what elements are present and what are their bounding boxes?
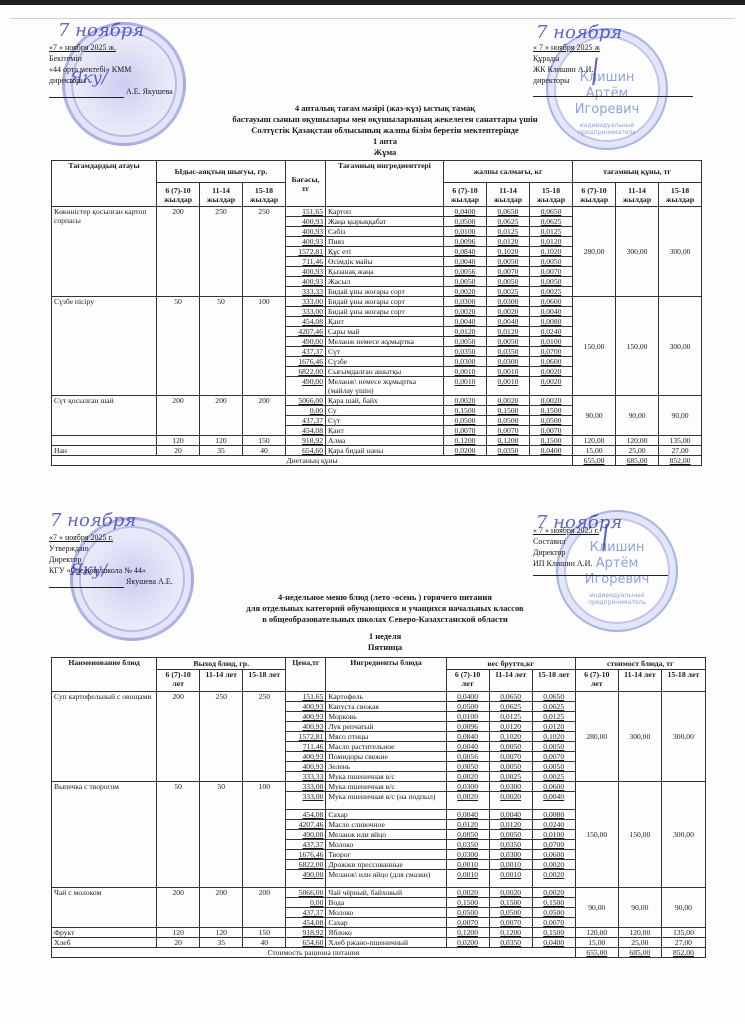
ingredient-name: Сүзбе [326,357,444,367]
total-cost: 655,00 [573,456,616,466]
gross-weight: 0,1200 [444,436,487,446]
total-cost: 685,00 [616,456,659,466]
dish-cost: 150,00 [616,297,659,396]
gross-weight: 0,1500 [530,406,573,416]
header-ingredients: Тағамның ингредиенттері [326,161,444,207]
ingredient-price: 333,00 [286,782,326,792]
approval-line: Бекітемін [49,53,199,64]
ingredient-price: 400,93 [286,752,326,762]
approval-line: Директор [533,547,703,558]
ingredient-name: Жасыл [326,277,444,287]
approval-signer: А.Е. Якушева [126,87,173,96]
gross-weight: 0,0020 [532,888,575,898]
gross-weight: 0,0120 [530,237,573,247]
document-title: 4 апталық тағам мәзірі (жаз-күз) ыстық т… [190,103,580,158]
dish-cost: 90,00 [618,888,661,928]
table-row: Выпечка с творогом5050100333,00Мука пшен… [52,782,706,792]
gross-weight: 0,0050 [532,742,575,752]
gross-weight: 0,0050 [530,277,573,287]
ingredient-name: Сахар [326,810,446,820]
gross-weight: 0,0120 [487,237,530,247]
dish-yield: 150 [243,928,286,938]
dish-yield: 35 [200,938,243,948]
dish-cost: 27,00 [659,446,702,456]
dish-yield: 120 [200,436,243,446]
header-age-3: 15-18 лет [532,670,575,692]
approval-line: директоры [533,75,698,86]
approval-line: Құрады [533,53,698,64]
gross-weight: 0,0040 [489,810,532,820]
header-age-1: 6 (7)-10 лет [446,670,489,692]
gross-weight: 0,0020 [487,307,530,317]
dish-yield: 200 [157,888,200,928]
dish-yield: 250 [243,692,286,782]
dish-yield: 120 [157,928,200,938]
ingredient-price: 400,93 [286,227,326,237]
ingredient-price: 400,93 [286,722,326,732]
ingredient-name: Дрожжи прессованные [326,860,446,870]
ingredient-name: Лук репчатый [326,722,446,732]
dish-cost: 300,00 [616,207,659,297]
ingredient-name: Алма [326,436,444,446]
dish-yield: 200 [200,396,243,436]
gross-weight: 0,0300 [446,782,489,792]
dish-yield: 120 [157,436,200,446]
dish-name [52,436,157,446]
dish-cost: 90,00 [659,396,702,436]
gross-weight: 0,0350 [444,347,487,357]
ingredient-name: Өсімдік майы [326,257,444,267]
dish-cost: 300,00 [661,782,705,888]
gross-weight: 0,1500 [444,406,487,416]
gross-weight: 0,1200 [489,928,532,938]
gross-weight: 0,0050 [489,762,532,772]
gross-weight: 0,0100 [530,337,573,347]
ingredient-name: Бидай ұны жоғары сорт [326,307,444,317]
gross-weight: 0,1500 [530,436,573,446]
ingredient-price: 400,93 [286,702,326,712]
dish-cost: 90,00 [573,396,616,436]
handwritten-date: 7 ноября [58,20,144,41]
gross-weight: 0,0650 [487,207,530,217]
gross-weight: 0,0300 [487,357,530,367]
ingredient-name: Сары май [326,327,444,337]
ingredient-name: Сахар [326,918,446,928]
header-gross-weight: жалпы салмағы, кг [444,161,573,183]
ingredient-name: Масло растительное [326,742,446,752]
gross-weight: 0,0600 [530,357,573,367]
gross-weight: 0,0070 [532,752,575,762]
handwritten-date: 7 ноября [50,510,136,531]
header-yield: Выход блюд, гр. [157,658,286,670]
gross-weight: 0,0600 [532,782,575,792]
ingredient-price: 6822,00 [286,860,326,870]
gross-weight: 0,0080 [530,317,573,327]
gross-weight: 0,0300 [444,357,487,367]
ingredient-price: 918,92 [286,928,326,938]
ingredient-price: 1676,46 [286,850,326,860]
dish-name: Нан [52,446,157,456]
ingredient-name: Капуста свежая [326,702,446,712]
header-cost: стоимост блюда, тг [575,658,705,670]
ingredient-price: 711,46 [286,257,326,267]
ingredient-price: 1572,81 [286,247,326,257]
ingredient-price: 333,00 [286,307,326,317]
gross-weight: 0,0350 [487,446,530,456]
gross-weight: 0,0100 [446,712,489,722]
gross-weight: 0,1020 [532,732,575,742]
dish-name: Фрукт [52,928,157,938]
menu-table-russian: Наименование блюд Выход блюд, гр. Цена,т… [51,657,706,958]
gross-weight: 0,0120 [444,327,487,337]
dish-yield: 100 [243,297,286,396]
dish-yield: 200 [243,888,286,928]
dish-yield: 200 [157,692,200,782]
dish-yield: 200 [243,396,286,436]
ingredient-name: Меланж\ или яйцо (для смазки) [326,870,446,888]
table-row: Фрукт120120150918,92Яблоко0,12000,12000,… [52,928,706,938]
ingredient-price: 400,93 [286,712,326,722]
header-age-2: 11-14 жылдар [200,183,243,207]
approval-date: «7 » ноября 2025 ж. [49,42,199,53]
gross-weight: 0,0300 [489,850,532,860]
gross-weight: 0,0300 [489,782,532,792]
ingredient-price: 333,00 [286,297,326,307]
total-label: Диетаның құны [52,456,573,466]
gross-weight: 0,0070 [530,267,573,277]
gross-weight: 0,0070 [532,918,575,928]
ingredient-price: 454,08 [286,426,326,436]
dish-cost: 300,00 [659,207,702,297]
gross-weight: 0,0020 [446,888,489,898]
gross-weight: 0,0040 [530,307,573,317]
ingredient-price: 6822,00 [286,367,326,377]
approval-line: ИП Клишин А.И. [533,558,703,569]
gross-weight: 0,0120 [489,722,532,732]
ingredient-name: Қара бидай наны [326,446,444,456]
header-age-3: 15-18 жылдар [659,183,702,207]
ingredient-price: 5066,00 [286,396,326,406]
dish-yield: 20 [157,938,200,948]
ingredient-price: 490,00 [286,377,326,396]
gross-weight: 0,0070 [446,918,489,928]
gross-weight: 0,0240 [530,327,573,337]
ingredient-name: Масло сливочное [326,820,446,830]
dish-yield: 150 [243,436,286,446]
ingredient-price: 400,93 [286,277,326,287]
ingredient-price: 333,33 [286,287,326,297]
ingredient-name: Құс еті [326,247,444,257]
gross-weight: 0,0040 [487,317,530,327]
gross-weight: 0,0625 [532,702,575,712]
ingredient-price: 437,37 [286,347,326,357]
ingredient-name: Морковь [326,712,446,722]
gross-weight: 0,0400 [532,938,575,948]
gross-weight: 0,0020 [446,792,489,810]
dish-cost: 90,00 [616,396,659,436]
dish-name: Сүт қосылған шай [52,396,157,436]
gross-weight: 0,1500 [532,928,575,938]
gross-weight: 0,0500 [489,908,532,918]
gross-weight: 0,0125 [487,227,530,237]
total-cost: 852,00 [659,456,702,466]
dish-cost: 15,00 [573,446,616,456]
gross-weight: 0,0020 [444,287,487,297]
ingredient-name: Вода [326,898,446,908]
gross-weight: 0,0096 [444,237,487,247]
gross-weight: 0,0650 [530,207,573,217]
dish-cost: 300,00 [618,692,661,782]
ingredient-name: Мука пшеничная в/с [326,772,446,782]
gross-weight: 0,0050 [487,337,530,347]
total-row: Стоимость рациона питания655,00685,00852… [52,948,706,958]
ingredient-name: Меланж немесе жұмыртка [326,337,444,347]
ingredient-price: 654,60 [286,446,326,456]
header-age-2: 11-14 жылдар [616,183,659,207]
ingredient-name: Сүт [326,347,444,357]
gross-weight: 0,0500 [446,702,489,712]
dish-cost: 27,00 [661,938,705,948]
ingredient-name: Су [326,406,444,416]
ingredient-name: Қант [326,426,444,436]
gross-weight: 0,0700 [530,347,573,357]
gross-weight: 0,0020 [530,377,573,396]
dish-yield: 200 [200,888,243,928]
gross-weight: 0,0020 [489,792,532,810]
ingredient-price: 711,46 [286,742,326,752]
ingredient-price: 437,37 [286,416,326,426]
gross-weight: 0,0050 [444,337,487,347]
ingredient-price: 437,37 [286,840,326,850]
ingredient-price: 400,93 [286,237,326,247]
ingredient-price: 454,08 [286,918,326,928]
approval-line: Директор [49,554,209,565]
gross-weight: 0,0100 [444,227,487,237]
gross-weight: 0,0350 [489,840,532,850]
dish-cost: 300,00 [659,297,702,396]
gross-weight: 0,0010 [487,367,530,377]
gross-weight: 0,0050 [487,257,530,267]
ingredient-name: Бидай ұны жоғары сорт [326,297,444,307]
dish-cost: 120,00 [616,436,659,446]
header-age-2: 11-14 жылдар [487,183,530,207]
approval-signer: Якушева А.Е. [126,577,173,586]
header-ingredients: Ингредиенты блюда [326,658,446,692]
scan-top-edge [0,0,745,5]
menu-table-kazakh: Тағамдардың атауы Ыдыс-аяқтың шығуы, гр.… [51,160,702,466]
gross-weight: 0,0056 [444,267,487,277]
table-row: Сүт қосылған шай2002002005066,00Қара шай… [52,396,702,406]
gross-weight: 0,1020 [487,247,530,257]
ingredient-name: Мясо птицы [326,732,446,742]
gross-weight: 0,0096 [446,722,489,732]
ingredient-price: 490,00 [286,870,326,888]
gross-weight: 0,1020 [489,732,532,742]
ingredient-name: Помидоры свежие [326,752,446,762]
dish-cost: 135,00 [659,436,702,446]
gross-weight: 0,0040 [446,742,489,752]
approval-line: Утверждаю [49,543,209,554]
header-age-1: 6 (7)-10 жылдар [444,183,487,207]
gross-weight: 0,0020 [444,307,487,317]
gross-weight: 0,0010 [487,377,530,396]
ingredient-name: Яблоко [326,928,446,938]
total-cost: 852,00 [661,948,705,958]
gross-weight: 0,0625 [530,217,573,227]
ingredient-name: Меланж\ немесе жұмыртка (майлау үшін) [326,377,444,396]
dish-yield: 120 [200,928,243,938]
ingredient-name: Пияз [326,237,444,247]
ingredient-name: Сүт [326,416,444,426]
gross-weight: 0,0700 [532,840,575,850]
page-edge-line [10,18,735,19]
dish-name: Көкөністер қосылған картоп сорпасы [52,207,157,297]
dish-yield: 50 [157,297,200,396]
header-price: Цена,тг [286,658,326,692]
dish-yield: 40 [243,446,286,456]
dish-cost: 300,00 [661,692,705,782]
gross-weight: 0,0600 [532,850,575,860]
gross-weight: 0,1500 [532,898,575,908]
gross-weight: 0,0070 [487,426,530,436]
gross-weight: 0,0625 [489,702,532,712]
gross-weight: 0,0500 [487,416,530,426]
gross-weight: 0,0050 [446,762,489,772]
ingredient-name: Жаңа қырыққабат [326,217,444,227]
dish-cost: 150,00 [618,782,661,888]
ingredient-price: 454,08 [286,317,326,327]
dish-cost: 280,00 [575,692,618,782]
gross-weight: 0,0070 [489,918,532,928]
dish-name: Выпечка с творогом [52,782,157,888]
approval-date: « 7 » ноября 2025 ж [533,42,698,53]
gross-weight: 0,0070 [487,267,530,277]
ingredient-price: 5066,00 [286,888,326,898]
header-age-3: 15-18 жылдар [530,183,573,207]
table-row: 120120150918,92Алма0,12000,12000,1500120… [52,436,702,446]
gross-weight: 0,0040 [444,257,487,267]
ingredient-price: 151,65 [286,692,326,702]
dish-yield: 200 [157,396,200,436]
gross-weight: 0,0025 [487,287,530,297]
total-cost: 655,00 [575,948,618,958]
gross-weight: 0,0050 [530,257,573,267]
gross-weight: 0,0070 [489,752,532,762]
gross-weight: 0,0070 [530,426,573,436]
gross-weight: 0,0840 [444,247,487,257]
approval-line: «44 орта мектебі» КММ [49,64,199,75]
gross-weight: 0,0050 [487,277,530,287]
gross-weight: 0,0120 [446,820,489,830]
ingredient-price: 4207,46 [286,820,326,830]
dish-name: Суп картофельный с овощами [52,692,157,782]
ingredient-name: Меланж или яйцо [326,830,446,840]
gross-weight: 0,0010 [489,860,532,870]
header-age-2: 11-14 лет [489,670,532,692]
ingredient-name: Қызанақ жаңа [326,267,444,277]
ingredient-name: Қара шай, байх [326,396,444,406]
gross-weight: 0,0040 [532,792,575,810]
ingredient-name: Сәбіз [326,227,444,237]
ingredient-name: Хлеб ржано-пшеничный [326,938,446,948]
header-age-3: 15-18 жылдар [243,183,286,207]
total-row: Диетаның құны655,00685,00852,00 [52,456,702,466]
gross-weight: 0,0020 [489,888,532,898]
header-dish: Наименование блюд [52,658,157,692]
gross-weight: 0,0050 [446,830,489,840]
ingredient-price: 1676,46 [286,357,326,367]
dish-yield: 50 [157,782,200,888]
dish-cost: 15,00 [575,938,618,948]
gross-weight: 0,0120 [532,722,575,732]
gross-weight: 0,0070 [444,426,487,436]
gross-weight: 0,0625 [487,217,530,227]
ingredient-price: 151,65 [286,207,326,217]
table-row: Хлеб203540654,60Хлеб ржано-пшеничный0,02… [52,938,706,948]
header-yield: Ыдыс-аяқтың шығуы, гр. [157,161,286,183]
gross-weight: 0,0050 [489,830,532,840]
gross-weight: 0,0120 [487,327,530,337]
approval-line: КГУ «Средняя школа № 44» [49,565,209,576]
ingredient-price: 490,00 [286,830,326,840]
approval-line: ЖК Клишин А.И. [533,64,698,75]
ingredient-price: 400,93 [286,762,326,772]
total-cost: 685,00 [618,948,661,958]
gross-weight: 0,1200 [487,436,530,446]
table-row: Сүзбе пісіру5050100333,00Бидай ұны жоғар… [52,297,702,307]
gross-weight: 0,0500 [444,217,487,227]
dish-yield: 40 [243,938,286,948]
gross-weight: 0,0840 [446,732,489,742]
header-age-3: 15-18 лет [243,670,286,692]
table-row: Көкөністер қосылған картоп сорпасы200250… [52,207,702,217]
gross-weight: 0,0650 [532,692,575,702]
gross-weight: 0,0010 [446,860,489,870]
gross-weight: 0,0200 [444,446,487,456]
gross-weight: 0,0400 [444,207,487,217]
gross-weight: 0,0125 [532,712,575,722]
dish-yield: 20 [157,446,200,456]
gross-weight: 0,0020 [532,870,575,888]
dish-yield: 100 [243,782,286,888]
approval-line: директоры [49,75,199,86]
gross-weight: 0,0500 [446,908,489,918]
ingredient-price: 454,08 [286,810,326,820]
header-age-1: 6 (7)-10 жылдар [573,183,616,207]
approval-block-left: «7 » ноября 2025 г. Утверждаю Директор К… [49,532,209,588]
dish-yield: 50 [200,782,243,888]
header-age-2: 11-14 лет [618,670,661,692]
ingredient-name: Бидай ұны жоғары сорт [326,287,444,297]
dish-yield: 35 [200,446,243,456]
approval-block-left: «7 » ноября 2025 ж. Бекітемін «44 орта м… [49,42,199,98]
approval-date: « 7 » ноября 2025 г. [533,525,703,536]
gross-weight: 0,0240 [532,820,575,830]
table-row: Нан203540654,60Қара бидай наны0,02000,03… [52,446,702,456]
gross-weight: 0,0080 [532,810,575,820]
gross-weight: 0,0050 [444,277,487,287]
ingredient-price: 333,33 [286,772,326,782]
gross-weight: 0,0025 [530,287,573,297]
table-row: Суп картофельный с овощами200250250151,6… [52,692,706,702]
gross-weight: 0,0300 [446,850,489,860]
dish-name: Хлеб [52,938,157,948]
gross-weight: 0,0650 [489,692,532,702]
gross-weight: 0,0040 [446,810,489,820]
gross-weight: 0,1500 [446,898,489,908]
dish-name: Сүзбе пісіру [52,297,157,396]
gross-weight: 0,0020 [530,367,573,377]
